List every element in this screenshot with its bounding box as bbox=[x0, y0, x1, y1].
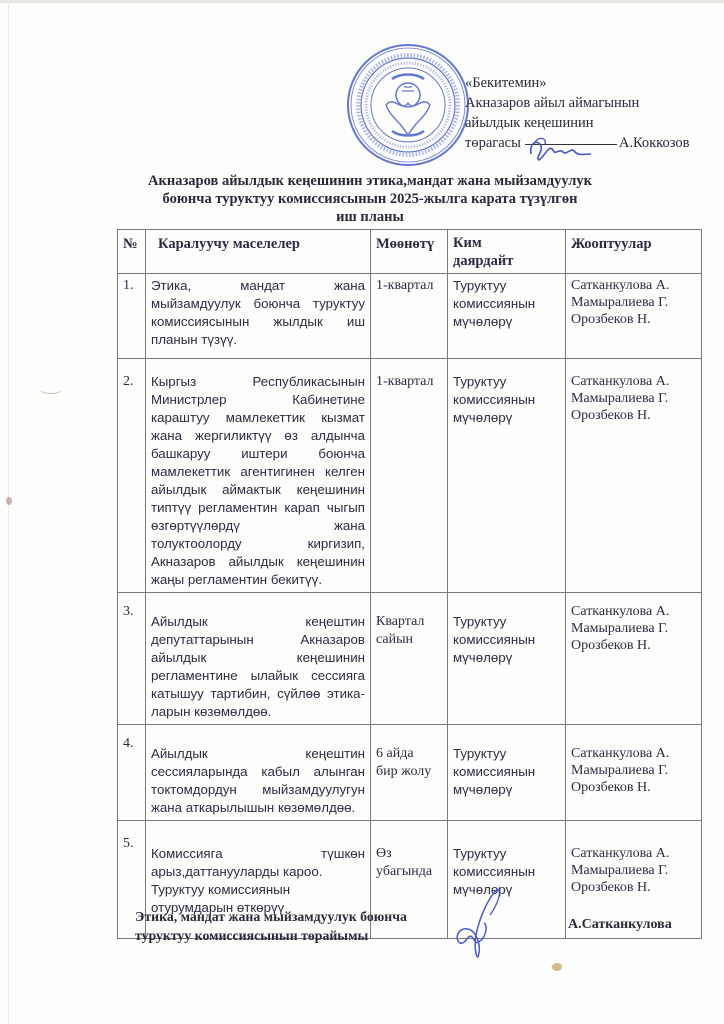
approval-signatory: А.Коккозов bbox=[619, 135, 690, 151]
table-row: 1. Этика, мандат жана мыйзамдуулук боюнч… bbox=[118, 274, 702, 359]
scan-spot bbox=[6, 497, 12, 505]
title-line-1: Акназаров айылдык кеңешинин этика,мандат… bbox=[140, 172, 600, 190]
approval-heading: «Бекитемин» bbox=[465, 73, 689, 93]
row-num: 1. bbox=[118, 274, 146, 359]
row-term: 6 айда бир жолу bbox=[371, 725, 448, 821]
footer-line-2: туруктуу комиссиясынын төрайымы bbox=[135, 926, 407, 945]
row-num: 3. bbox=[118, 593, 146, 725]
row-topic: Айылдык кеңештин сессияларында кабыл алы… bbox=[146, 725, 371, 821]
table-row: 4. Айылдык кеңештин сессияларында кабыл … bbox=[118, 725, 702, 821]
footer-position: Этика, мандат жана мыйзамдуулук боюнча т… bbox=[135, 907, 407, 945]
row-responsible: Сатканкулова А. Мамыралиева Г. Орозбеков… bbox=[566, 725, 702, 821]
page-edge bbox=[0, 0, 724, 3]
title-line-3: иш планы bbox=[140, 208, 600, 226]
footer-signatory: А.Сатканкулова bbox=[568, 917, 672, 933]
row-topic: Кыргыз Республикасынын Министрлер Кабине… bbox=[146, 359, 371, 593]
row-who: Туруктуу комиссиянын мүчөлөрү bbox=[448, 274, 566, 359]
chairwoman-signature-icon bbox=[446, 885, 506, 960]
row-term: Квартал сайын bbox=[371, 593, 448, 725]
row-responsible: Сатканкулова А. Мамыралиева Г. Орозбеков… bbox=[566, 593, 702, 725]
row-term: 1-квартал bbox=[371, 274, 448, 359]
row-responsible: Сатканкулова А. Мамыралиева Г. Орозбеков… bbox=[566, 274, 702, 359]
scan-mark bbox=[40, 385, 62, 394]
row-who: Туруктуу комиссиянын мүчөлөрү bbox=[448, 359, 566, 593]
header-term: Мөөнөтү bbox=[371, 230, 448, 274]
header-who: Ким даярдайт bbox=[448, 230, 566, 274]
header-responsible: Жооптуулар bbox=[566, 230, 702, 274]
approval-org: Акназаров айыл аймагынын bbox=[465, 93, 689, 113]
row-who: Туруктуу комиссиянын мүчөлөрү bbox=[448, 725, 566, 821]
title-line-2: боюнча туруктуу комиссиясынын 2025-жылга… bbox=[140, 190, 600, 208]
table-row: 3. Айылдык кеңештин депутаттарынын Акназ… bbox=[118, 593, 702, 725]
row-num: 2. bbox=[118, 359, 146, 593]
header-num: № bbox=[118, 230, 146, 274]
scan-spot bbox=[552, 963, 562, 971]
row-who: Туруктуу комиссиянын мүчөлөрү bbox=[448, 593, 566, 725]
row-num: 4. bbox=[118, 725, 146, 821]
row-responsible: Сатканкулова А. Мамыралиева Г. Орозбеков… bbox=[566, 359, 702, 593]
approval-council: айылдык кеңешинин bbox=[465, 113, 689, 133]
row-topic: Айылдык кеңештин депутаттарынын Акназаро… bbox=[146, 593, 371, 725]
table-header-row: № Каралуучу маселелер Мөөнөтү Ким даярда… bbox=[118, 230, 702, 274]
row-term: 1-квартал bbox=[371, 359, 448, 593]
table-row: 2. Кыргыз Республикасынын Министрлер Каб… bbox=[118, 359, 702, 593]
footer-line-1: Этика, мандат жана мыйзамдуулук боюнча bbox=[135, 907, 407, 926]
document-title: Акназаров айылдык кеңешинин этика,мандат… bbox=[140, 172, 600, 226]
official-stamp bbox=[346, 43, 470, 167]
page-fold-line bbox=[8, 0, 9, 1024]
stamp-emblem-icon bbox=[346, 43, 470, 167]
approval-position: төрагасы bbox=[465, 135, 521, 151]
work-plan-table: № Каралуучу маселелер Мөөнөтү Ким даярда… bbox=[117, 229, 702, 939]
header-topic: Каралуучу маселелер bbox=[146, 230, 371, 274]
chairman-signature-icon bbox=[525, 134, 595, 164]
row-topic: Этика, мандат жана мыйзамдуулук боюнча т… bbox=[146, 274, 371, 359]
